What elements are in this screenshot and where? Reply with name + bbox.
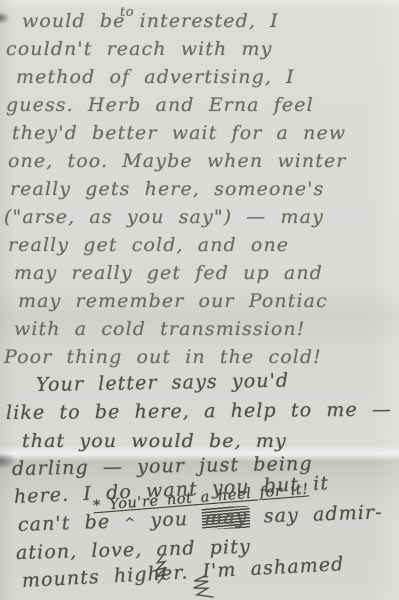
handwritten-line: with a cold transmission! [14,316,399,344]
line-text: that you would be, my [22,430,287,452]
line-text: would be interested, I [22,10,279,32]
handwritten-line: ("arse, as you say") — may [4,204,399,232]
line-text: couldn't reach with my [6,38,272,60]
handwritten-line: may really get fed up and [14,260,399,288]
line-text: ("arse, as you say") — may [4,206,324,228]
line-text: they'd better wait for a new [12,122,346,144]
handwritten-line: may remember our Pontiac [18,288,399,316]
inserted-word: to [120,0,134,26]
line-text: may remember our Pontiac [18,290,328,312]
line-text: Poor thing out in the cold! [4,346,322,368]
line-text: method of advertising, I [16,66,295,88]
line-text: guess. Herb and Erna feel [6,94,314,116]
handwritten-line: like to be here, a help to me — [6,397,399,428]
handwritten-line-paragraph-start: Your letter says you'd [36,366,399,400]
handwritten-line: couldn't reach with my [6,36,399,64]
handwritten-line: would be interested, I to [22,8,399,36]
handwritten-line: method of advertising, I [16,64,399,92]
caret-mark: ^ [124,516,137,531]
line-text: one, too. Maybe when winter [8,150,346,172]
line-text: say admir- [263,501,383,527]
line-text: Your letter says you'd [36,370,290,396]
line-text: really gets here, someone's [10,178,324,200]
line-text: like to be here, a help to me — [6,399,392,424]
handwritten-letter-page: would be interested, I to couldn't reach… [0,0,399,600]
handwritten-line: they'd better wait for a new [12,120,399,148]
handwritten-line: really get cold, and one [8,232,399,260]
line-text: may really get fed up and [14,262,323,284]
handwritten-line: one, too. Maybe when winter [8,148,399,176]
line-text: with a cold transmission! [14,318,306,340]
handwritten-line: guess. Herb and Erna feel [6,92,399,120]
handwritten-line: really gets here, someone's [10,176,399,204]
line-text: really get cold, and one [8,234,289,256]
